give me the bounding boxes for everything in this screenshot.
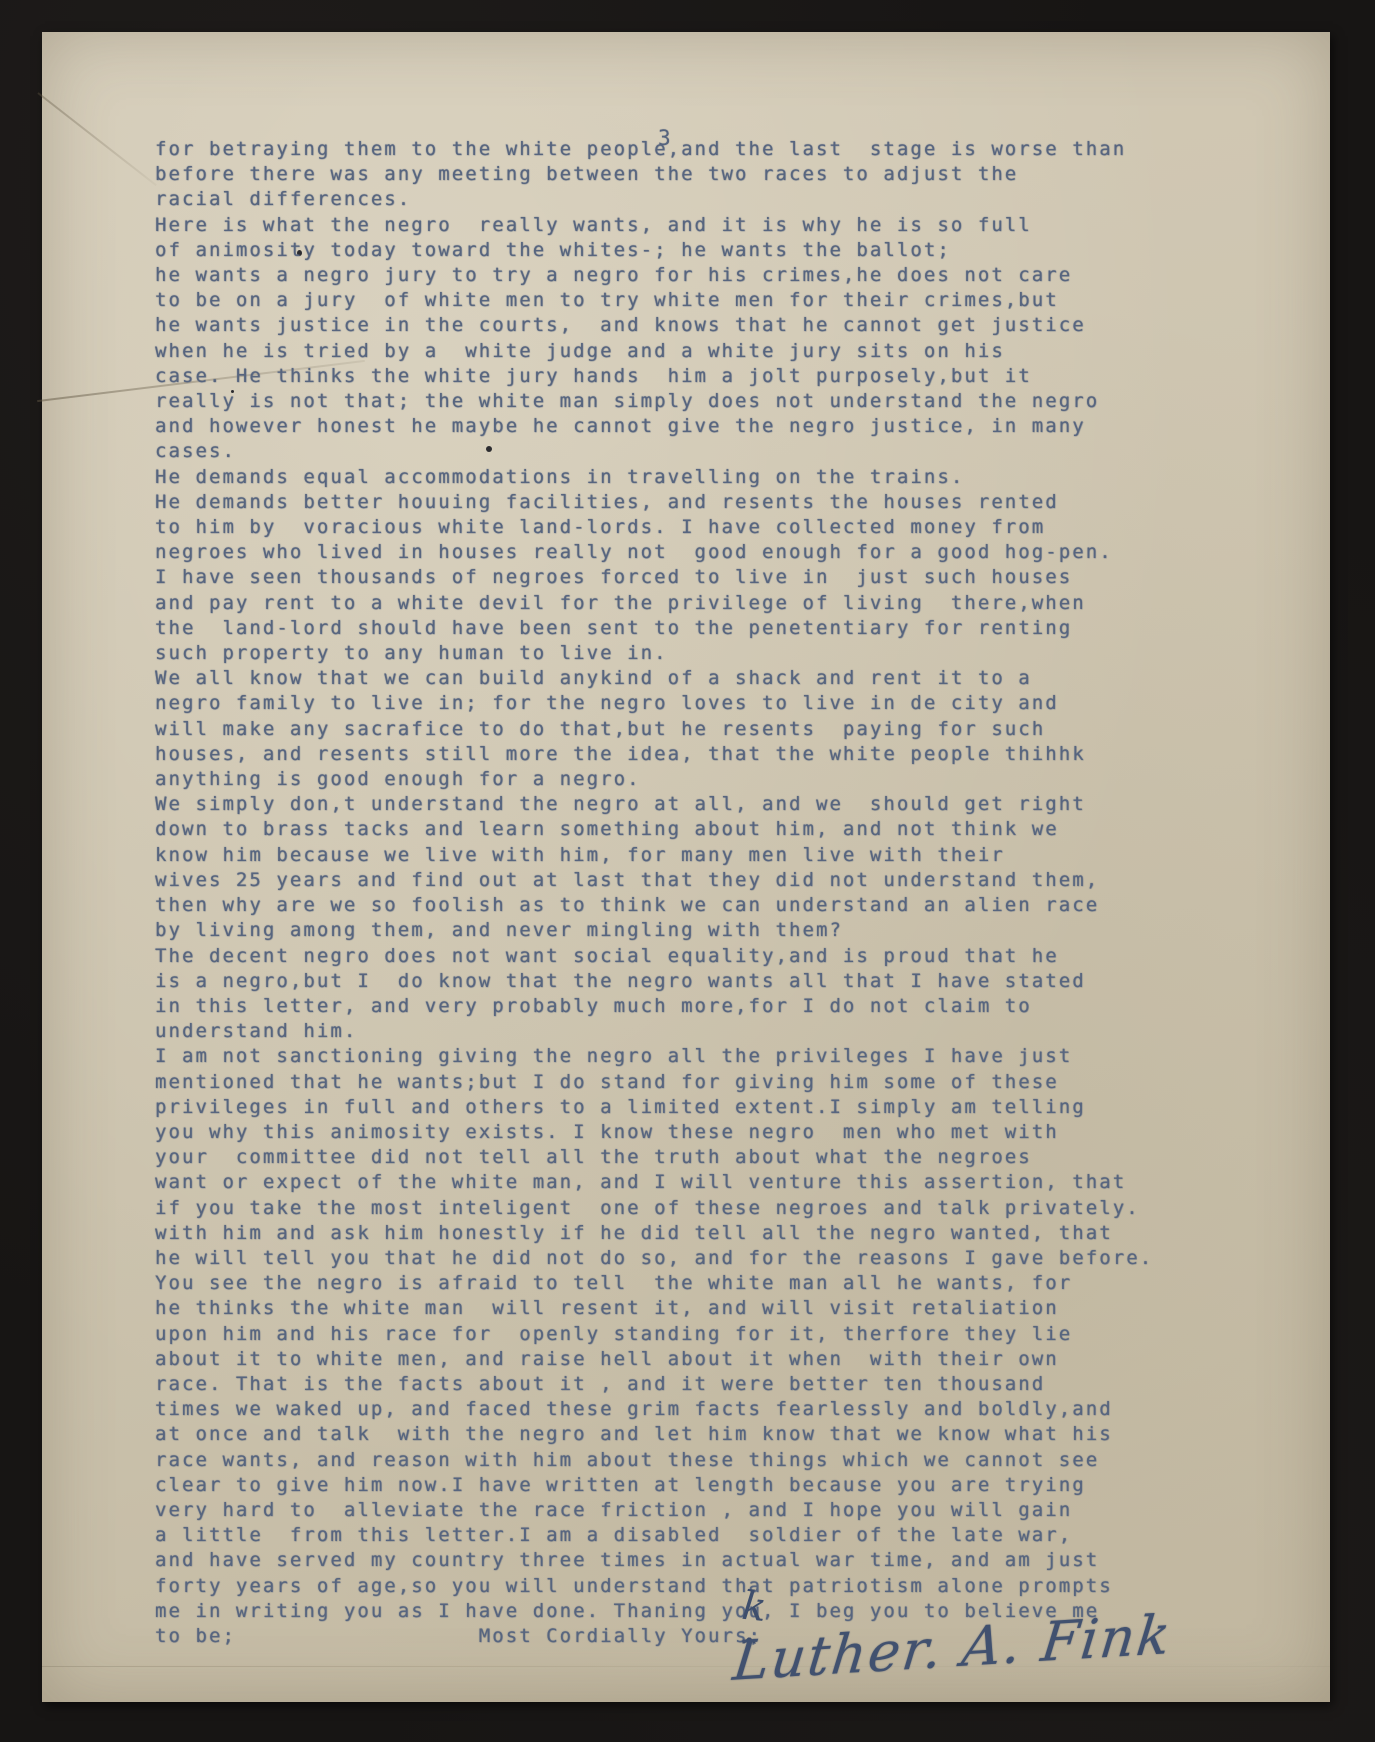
letter-page: 3 for betraying them to the white people… bbox=[42, 32, 1330, 1702]
paper-corner-crease bbox=[37, 92, 156, 186]
handwritten-insertion-letter: k bbox=[740, 1583, 769, 1631]
letter-body-text: for betraying them to the white people,a… bbox=[155, 137, 1153, 1649]
scanned-letter-background: 3 for betraying them to the white people… bbox=[0, 0, 1375, 1742]
